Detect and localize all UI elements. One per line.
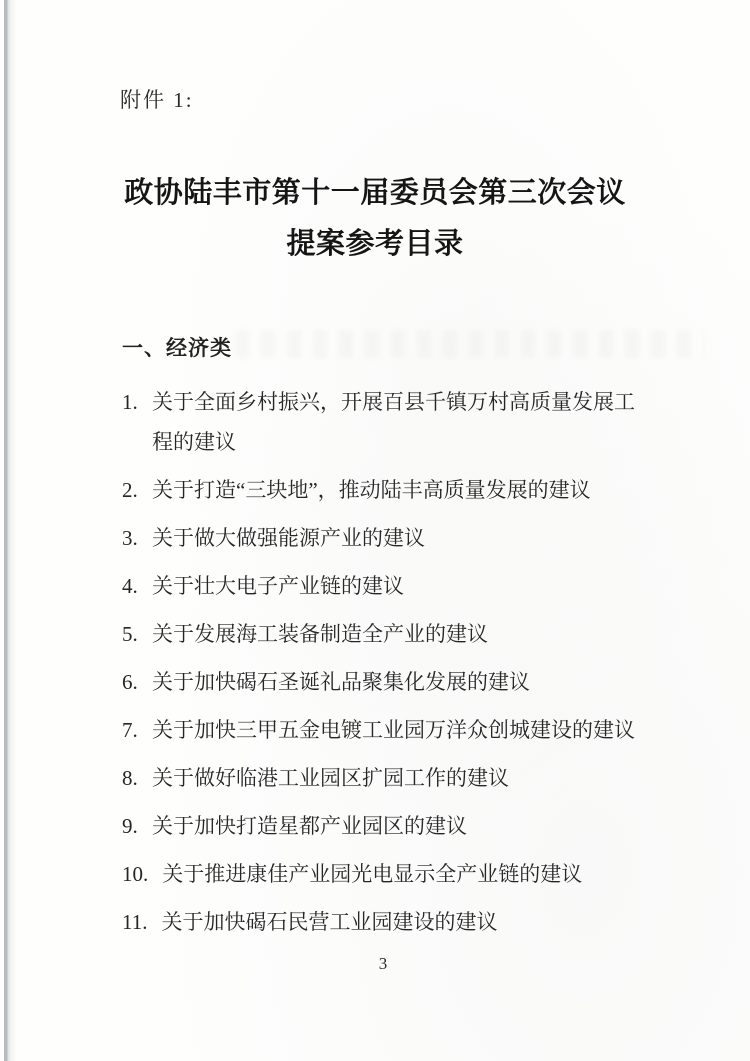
item-number: 6. (122, 662, 138, 702)
item-number: 11. (122, 902, 147, 942)
item-text: 关于壮大电子产业链的建议 (152, 574, 404, 598)
scan-edge-artifact (0, 0, 18, 1061)
page-number: 3 (8, 954, 750, 974)
item-text: 关于加快碣石圣诞礼品聚集化发展的建议 (152, 670, 530, 694)
document-title: 政协陆丰市第十一届委员会第三次会议 提案参考目录 (0, 168, 750, 270)
list-item: 8.关于做好临港工业园区扩园工作的建议 (122, 758, 644, 798)
item-text: 关于打造“三块地”，推动陆丰高质量发展的建议 (152, 478, 591, 502)
item-number: 3. (122, 518, 138, 558)
bleedthrough-ghost-marks (235, 330, 705, 358)
item-number: 2. (122, 470, 138, 510)
list-item: 9.关于加快打造星都产业园区的建议 (122, 806, 644, 846)
item-number: 7. (122, 710, 138, 750)
item-text: 关于发展海工装备制造全产业的建议 (152, 622, 488, 646)
document-title-line2: 提案参考目录 (0, 219, 750, 270)
item-text: 关于加快三甲五金电镀工业园万洋众创城建设的建议 (152, 718, 635, 742)
proposal-list: 1.关于全面乡村振兴，开展百县千镇万村高质量发展工程的建议 2.关于打造“三块地… (122, 382, 644, 950)
item-text: 关于做好临港工业园区扩园工作的建议 (152, 766, 509, 790)
item-number: 4. (122, 566, 138, 606)
item-number: 8. (122, 758, 138, 798)
scanned-document-page: 附件 1: 政协陆丰市第十一届委员会第三次会议 提案参考目录 一、经济类 1.关… (0, 0, 750, 1061)
attachment-label: 附件 1: (120, 84, 194, 114)
item-number: 10. (122, 854, 148, 894)
item-number: 9. (122, 806, 138, 846)
list-item: 7.关于加快三甲五金电镀工业园万洋众创城建设的建议 (122, 710, 644, 750)
list-item: 3.关于做大做强能源产业的建议 (122, 518, 644, 558)
item-number: 1. (122, 382, 138, 422)
list-item: 1.关于全面乡村振兴，开展百县千镇万村高质量发展工程的建议 (122, 382, 644, 462)
list-item: 6.关于加快碣石圣诞礼品聚集化发展的建议 (122, 662, 644, 702)
item-text: 关于加快打造星都产业园区的建议 (152, 814, 467, 838)
item-text: 关于全面乡村振兴，开展百县千镇万村高质量发展工程的建议 (152, 390, 635, 454)
item-number: 5. (122, 614, 138, 654)
document-title-line1: 政协陆丰市第十一届委员会第三次会议 (0, 168, 750, 219)
list-item: 2.关于打造“三块地”，推动陆丰高质量发展的建议 (122, 470, 644, 510)
list-item: 4.关于壮大电子产业链的建议 (122, 566, 644, 606)
list-item: 5.关于发展海工装备制造全产业的建议 (122, 614, 644, 654)
item-text: 关于做大做强能源产业的建议 (152, 526, 425, 550)
list-item: 11.关于加快碣石民营工业园建设的建议 (122, 902, 644, 942)
item-text: 关于加快碣石民营工业园建设的建议 (161, 910, 497, 934)
item-text: 关于推进康佳产业园光电显示全产业链的建议 (162, 862, 582, 886)
section-heading-economy: 一、经济类 (122, 332, 232, 362)
list-item: 10.关于推进康佳产业园光电显示全产业链的建议 (122, 854, 644, 894)
